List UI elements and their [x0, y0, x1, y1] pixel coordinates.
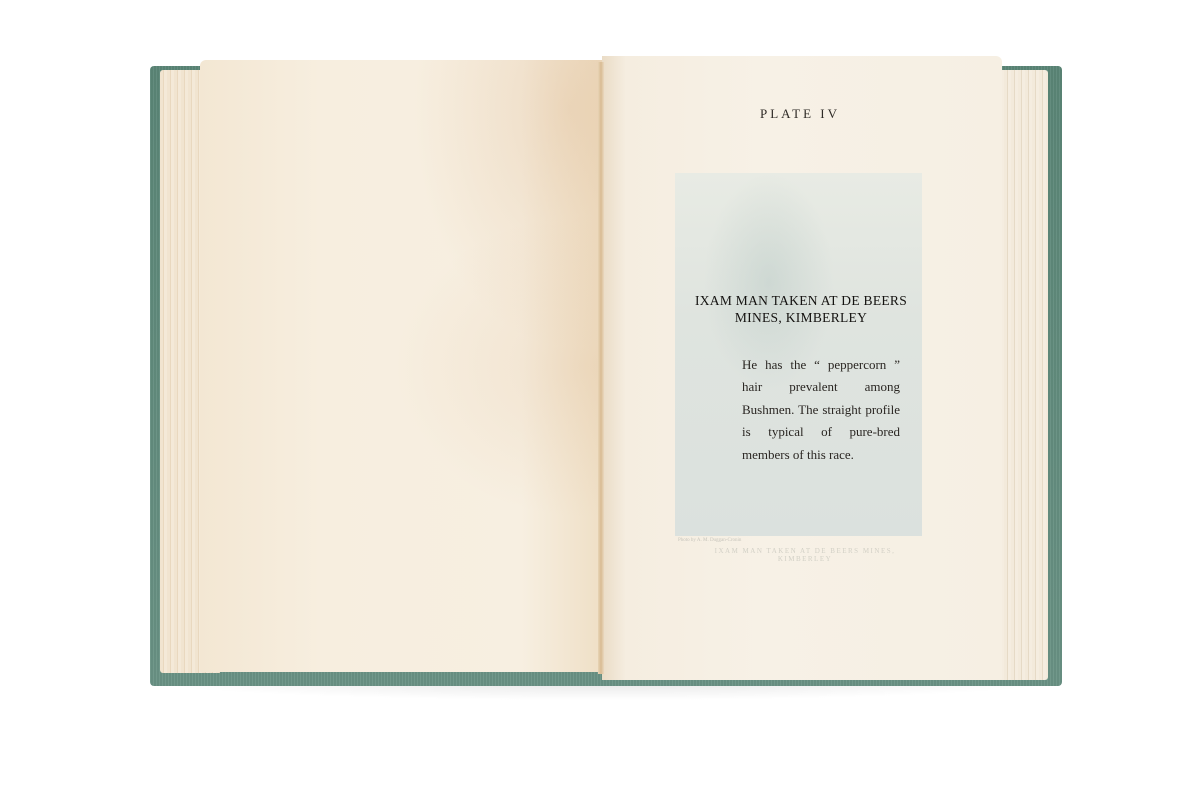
book-gutter: [598, 62, 604, 674]
photo-credit: Photo by A. M. Duggan-Cronin: [678, 538, 798, 543]
caption-body: He has the “ peppercorn ” hair prevalent…: [742, 354, 900, 466]
left-page: [200, 60, 602, 672]
plate-label: PLATE IV: [740, 106, 860, 122]
faint-printed-caption: IXAM MAN TAKEN AT DE BEERS MINES, KIMBER…: [690, 547, 920, 563]
caption-title-line-1: IXAM MAN TAKEN AT DE BEERS: [690, 292, 912, 309]
caption-title-line-2: MINES, KIMBERLEY: [690, 309, 912, 326]
caption-title: IXAM MAN TAKEN AT DE BEERS MINES, KIMBER…: [690, 292, 912, 326]
